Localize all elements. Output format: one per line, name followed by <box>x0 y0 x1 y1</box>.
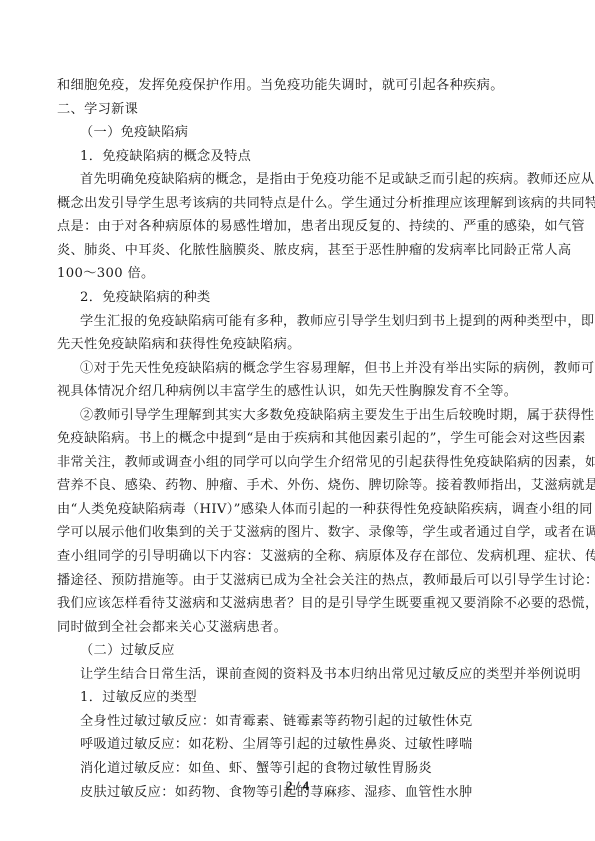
text-line: 概念出发引导学生思考该病的共同特点是什么。学生通过分析推理应该理解到该病的共同特 <box>57 196 595 212</box>
text-line: 消化道过敏反应：如鱼、虾、蟹等引起的食物过敏性胃肠炎 <box>80 761 432 777</box>
text-line: （一）免疫缺陷病 <box>80 125 188 141</box>
text-line: 呼吸道过敏反应：如花粉、尘屑等引起的过敏性鼻炎、过敏性哮喘 <box>80 737 473 753</box>
text-line: 我们应该怎样看待艾滋病和艾滋病患者？目的是引导学生既要重视又要消除不必要的恐慌， <box>57 596 595 612</box>
text-line: 视具体情况介绍几种病例以丰富学生的感性认识，如先天性胸腺发育不全等。 <box>57 384 517 400</box>
text-line: 免疫缺陷病。书上的概念中提到“是由于疾病和其他因素引起的”，学生可能会对这些因素 <box>57 431 586 447</box>
text-line: 2．免疫缺陷病的种类 <box>80 290 211 306</box>
text-line: 全身性过敏过敏反应：如青霉素、链霉素等药物引起的过敏性休克 <box>80 714 473 730</box>
text-line: 1．过敏反应的类型 <box>80 690 197 706</box>
text-line: （二）过敏反应 <box>80 643 175 659</box>
text-line: 非常关注，教师或调查小组的同学可以向学生介绍常见的引起获得性免疫缺陷病的因素，如 <box>57 455 595 471</box>
text-line: 营养不良、感染、药物、肿瘤、手术、外伤、烧伤、脾切除等。接着教师指出，艾滋病就是 <box>57 478 595 494</box>
text-line: 先天性免疫缺陷病和获得性免疫缺陷病。 <box>57 337 301 353</box>
text-line: 由“人类免疫缺陷病毒（HIV）”感染人体而引起的一种获得性免疫缺陷疾病，调查小组… <box>57 502 593 518</box>
text-line: 学可以展示他们收集到的关于艾滋病的图片、数字、录像等，学生或者通过自学，或者在调 <box>57 525 595 541</box>
text-line: 和细胞免疫，发挥免疫保护作用。当免疫功能失调时，就可引起各种疾病。 <box>57 78 504 94</box>
page-number: 2 / 4 <box>0 778 595 794</box>
text-line: ①对于先天性免疫缺陷病的概念学生容易理解，但书上并没有举出实际的病例，教师可 <box>80 361 594 377</box>
text-line: 学生汇报的免疫缺陷病可能有多种，教师应引导学生划归到书上提到的两种类型中，即 <box>80 314 594 330</box>
text-line: 让学生结合日常生活，课前查阅的资料及书本归纳出常见过敏反应的类型并举例说明 <box>80 667 581 683</box>
text-line: ②教师引导学生理解到其实大多数免疫缺陷病主要发生于出生后较晚时期，属于获得性 <box>80 408 594 424</box>
text-line: 查小组同学的引导明确以下内容：艾滋病的全称、病原体及存在部位、发病机理、症状、传 <box>57 549 595 565</box>
text-line: 1．免疫缺陷病的概念及特点 <box>80 149 251 165</box>
text-line: 播途径、预防措施等。由于艾滋病已成为全社会关注的热点，教师最后可以引导学生讨论： <box>57 573 595 589</box>
text-line: 首先明确免疫缺陷病的概念，是指由于免疫功能不足或缺乏而引起的疾病。教师还应从 <box>80 172 594 188</box>
text-line: 点是：由于对各种病原体的易感性增加，患者出现反复的、持续的、严重的感染，如气管 <box>57 219 585 235</box>
document-page: 和细胞免疫，发挥免疫保护作用。当免疫功能失调时，就可引起各种疾病。二、学习新课（… <box>0 0 595 841</box>
text-line: 炎、肺炎、中耳炎、化脓性脑膜炎、脓皮病，甚至于恶性肿瘤的发病率比同龄正常人高 <box>57 243 571 259</box>
text-line: 同时做到全社会都来关心艾滋病患者。 <box>57 620 287 636</box>
text-line: 100～300 倍。 <box>57 266 155 282</box>
text-line: 二、学习新课 <box>57 102 138 118</box>
